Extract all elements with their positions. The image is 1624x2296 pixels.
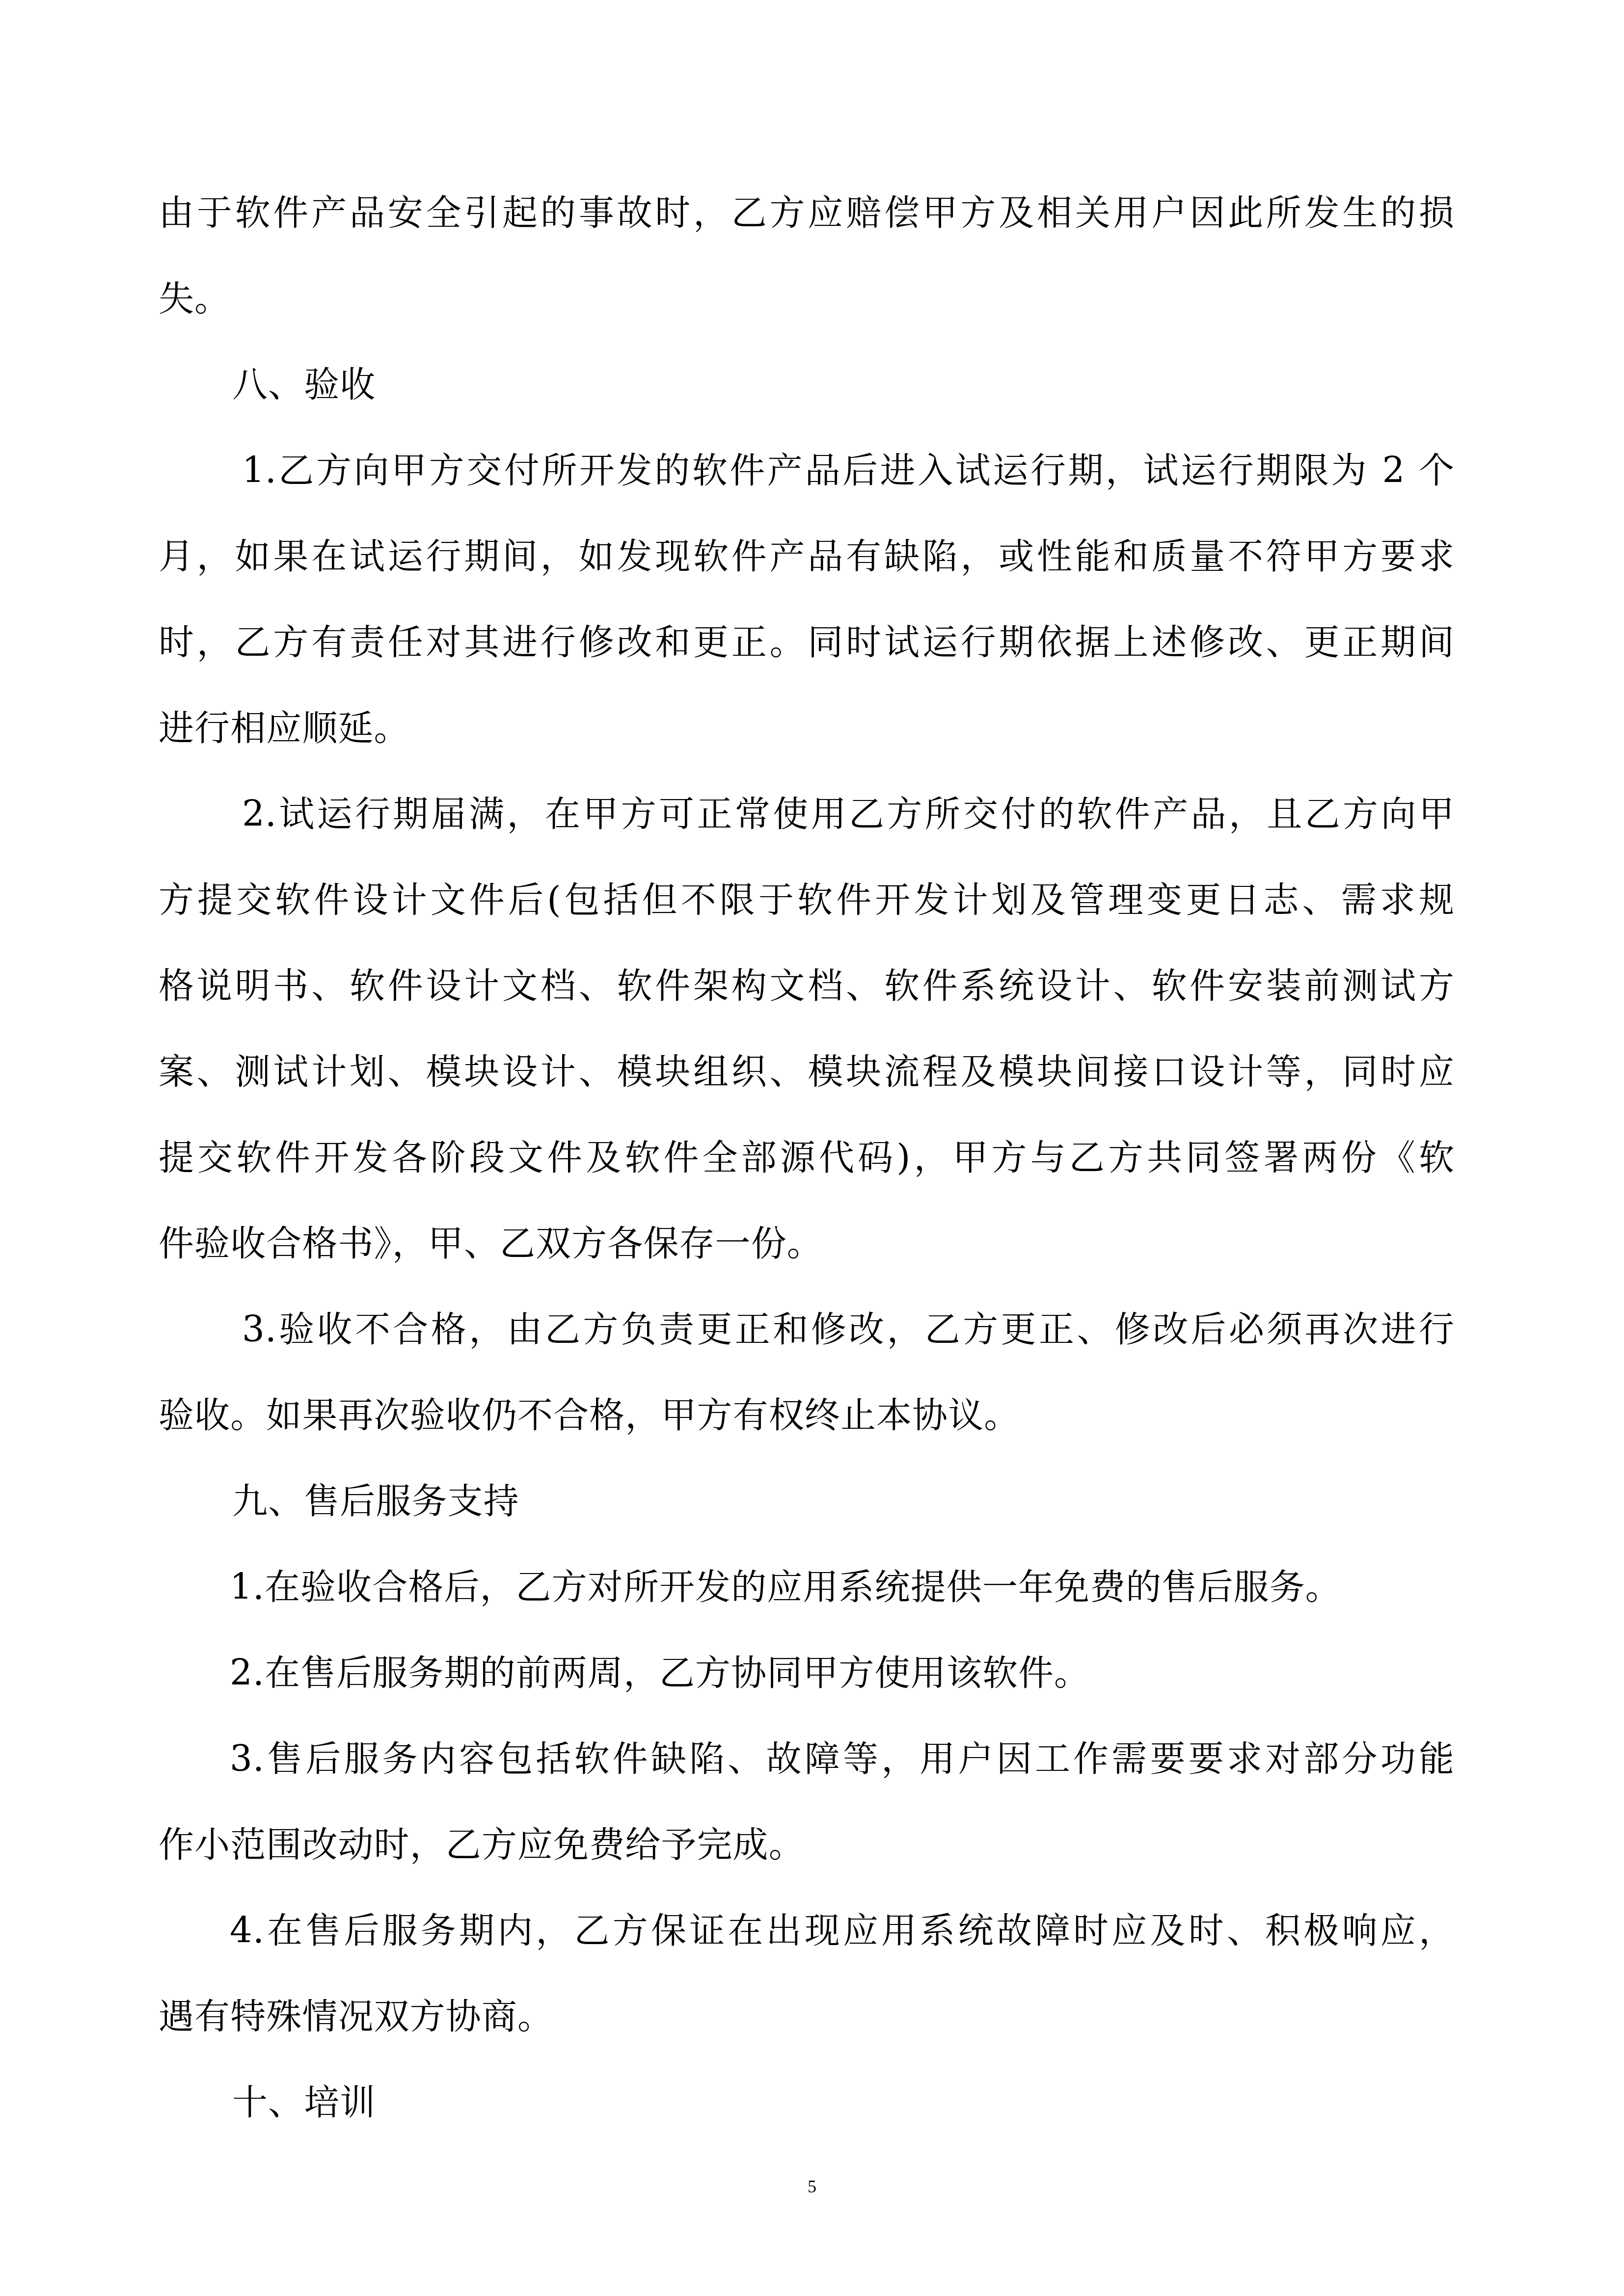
paragraph-line: 件验收合格书》，甲、乙双方各保存一份。 — [159, 1201, 1455, 1286]
paragraph-line: 失。 — [159, 256, 1455, 342]
section-heading-after-sales: 九、售后服务支持 — [159, 1458, 1455, 1544]
section-heading-training: 十、培训 — [159, 2059, 1455, 2145]
paragraph-line: 验收。如果再次验收仍不合格，甲方有权终止本协议。 — [159, 1372, 1455, 1458]
paragraph-line: 4.在售后服务期内，乙方保证在出现应用系统故障时应及时、积极响应， — [159, 1888, 1455, 1974]
paragraph-line: 作小范围改动时，乙方应免费给予完成。 — [159, 1802, 1455, 1888]
paragraph-line: 由于软件产品安全引起的事故时，乙方应赔偿甲方及相关用户因此所发生的损 — [159, 170, 1455, 256]
paragraph-line: 时，乙方有责任对其进行修改和更正。同时试运行期依据上述修改、更正期间 — [159, 599, 1455, 685]
paragraph-line: 3.验收不合格，由乙方负责更正和修改，乙方更正、修改后必须再次进行 — [159, 1286, 1455, 1372]
page-number: 5 — [0, 2174, 1624, 2199]
paragraph-line: 1.在验收合格后，乙方对所开发的应用系统提供一年免费的售后服务。 — [159, 1544, 1455, 1630]
paragraph-line: 1.乙方向甲方交付所开发的软件产品后进入试运行期，试运行期限为 2 个 — [159, 427, 1455, 513]
paragraph-line: 2.在售后服务期的前两周，乙方协同甲方使用该软件。 — [159, 1630, 1455, 1716]
paragraph-line: 方提交软件设计文件后(包括但不限于软件开发计划及管理变更日志、需求规 — [159, 857, 1455, 943]
paragraph-line: 案、测试计划、模块设计、模块组织、模块流程及模块间接口设计等，同时应 — [159, 1029, 1455, 1115]
page-content: 由于软件产品安全引起的事故时，乙方应赔偿甲方及相关用户因此所发生的损 失。 八、… — [159, 170, 1455, 2145]
document-page: 由于软件产品安全引起的事故时，乙方应赔偿甲方及相关用户因此所发生的损 失。 八、… — [0, 0, 1624, 2296]
paragraph-line: 月，如果在试运行期间，如发现软件产品有缺陷，或性能和质量不符甲方要求 — [159, 513, 1455, 599]
paragraph-line: 格说明书、软件设计文档、软件架构文档、软件系统设计、软件安装前测试方 — [159, 943, 1455, 1029]
section-heading-acceptance: 八、验收 — [159, 342, 1455, 427]
paragraph-line: 遇有特殊情况双方协商。 — [159, 1974, 1455, 2059]
paragraph-line: 3.售后服务内容包括软件缺陷、故障等，用户因工作需要要求对部分功能 — [159, 1716, 1455, 1802]
paragraph-line: 进行相应顺延。 — [159, 685, 1455, 771]
paragraph-line: 提交软件开发各阶段文件及软件全部源代码)，甲方与乙方共同签署两份《软 — [159, 1115, 1455, 1201]
paragraph-line: 2.试运行期届满，在甲方可正常使用乙方所交付的软件产品，且乙方向甲 — [159, 771, 1455, 857]
